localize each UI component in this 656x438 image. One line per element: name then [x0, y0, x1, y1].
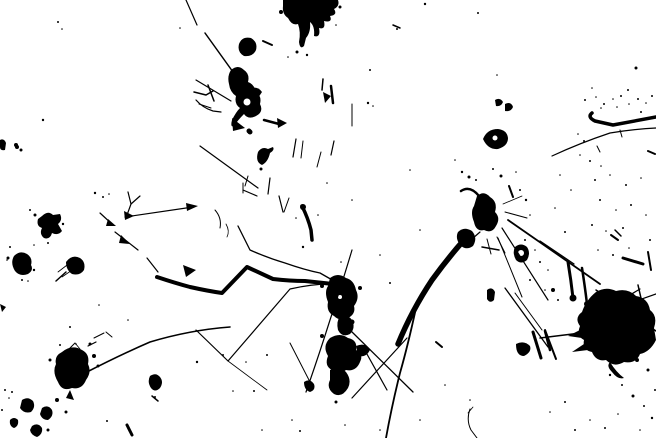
- ink-speck: [609, 374, 611, 376]
- ink-speck: [564, 401, 566, 403]
- ink-speck: [320, 284, 324, 288]
- ink-speck: [379, 254, 381, 256]
- ink-stroke: [301, 141, 303, 158]
- ink-stroke: [196, 100, 221, 112]
- ink-speck: [11, 391, 13, 393]
- ink-speck: [7, 257, 10, 260]
- ink-speck: [454, 159, 456, 161]
- ink-speck: [42, 119, 44, 121]
- ink-speck: [232, 390, 234, 392]
- ink-speck: [261, 429, 263, 431]
- ink-blob: [283, 0, 339, 47]
- ink-speck: [620, 95, 622, 97]
- ink-stroke: [131, 196, 140, 204]
- ink-stroke: [317, 152, 321, 167]
- ink-speck: [419, 419, 421, 421]
- ink-stroke: [85, 327, 230, 373]
- ink-blob: [30, 424, 42, 437]
- ink-speck: [222, 354, 224, 356]
- ink-speck: [529, 214, 531, 216]
- ink-speck: [551, 288, 555, 292]
- ink-speck: [75, 343, 77, 345]
- ink-speck: [94, 192, 96, 194]
- ink-speck: [4, 389, 6, 391]
- ink-speck: [630, 204, 632, 206]
- ink-speck: [645, 214, 647, 216]
- ink-stroke: [482, 247, 499, 250]
- ink-speck: [627, 89, 629, 91]
- ink-speck: [604, 427, 606, 429]
- ink-blob: [183, 265, 196, 277]
- ink-stroke: [200, 146, 258, 188]
- ink-stroke: [268, 178, 270, 194]
- ink-speck: [326, 182, 328, 184]
- ink-speck: [320, 334, 324, 338]
- ink-blob: [239, 38, 257, 57]
- ink-stroke: [505, 288, 548, 347]
- ink-speck: [179, 27, 181, 29]
- ink-stroke: [100, 213, 113, 225]
- ink-speck: [302, 246, 304, 248]
- ink-speck: [628, 247, 630, 249]
- ink-stroke: [552, 128, 656, 156]
- ink-speck: [351, 199, 353, 201]
- ink-speck: [389, 282, 391, 284]
- ink-speck: [335, 401, 338, 404]
- ink-speck: [547, 269, 549, 271]
- ink-speck: [92, 354, 96, 358]
- ink-stroke: [205, 33, 233, 72]
- ink-speck: [444, 384, 446, 386]
- ink-speck: [33, 244, 35, 246]
- ink-blob-hole: [244, 99, 251, 106]
- ink-speck: [97, 365, 100, 368]
- ink-speck: [609, 174, 611, 176]
- ink-speck: [554, 207, 556, 209]
- ink-speck: [584, 99, 586, 101]
- ink-speck: [649, 239, 651, 241]
- ink-blob: [337, 316, 353, 336]
- ink-stroke: [505, 212, 527, 218]
- ink-speck: [248, 130, 253, 135]
- ink-stroke: [106, 332, 112, 337]
- ink-stroke: [331, 86, 333, 103]
- ink-stroke: [56, 272, 66, 281]
- ink-speck: [622, 227, 624, 229]
- ink-speck: [549, 411, 551, 413]
- ink-stroke: [515, 293, 542, 330]
- ink-stroke: [436, 342, 442, 347]
- ink-speck: [639, 429, 641, 431]
- ink-speck: [635, 358, 639, 362]
- ink-speck: [529, 279, 531, 281]
- ink-speck: [469, 399, 471, 401]
- ink-speck: [424, 3, 426, 5]
- ink-stroke: [196, 284, 330, 361]
- ink-speck: [524, 239, 526, 241]
- ink-speck: [266, 354, 268, 356]
- ink-speck: [461, 171, 463, 173]
- ink-speck: [577, 133, 579, 135]
- ink-speck: [492, 168, 494, 170]
- ink-blob-hole: [338, 295, 342, 299]
- ink-splatter-image: [0, 0, 656, 438]
- ink-speck: [296, 51, 299, 54]
- ink-speck: [21, 279, 23, 281]
- ink-stroke: [238, 226, 334, 281]
- ink-speck: [643, 405, 645, 407]
- ink-stroke: [264, 120, 279, 124]
- ink-blob: [323, 92, 331, 103]
- ink-blob: [325, 335, 361, 373]
- ink-speck: [599, 199, 601, 201]
- ink-speck: [559, 174, 561, 176]
- ink-stroke: [468, 409, 477, 438]
- ink-speck: [291, 419, 293, 421]
- ink-speck: [89, 343, 92, 346]
- ink-speck: [628, 103, 630, 105]
- ink-stroke: [186, 0, 197, 25]
- ink-speck: [49, 359, 52, 362]
- ink-stroke: [615, 230, 621, 236]
- ink-speck: [340, 261, 342, 263]
- ink-stroke: [115, 232, 138, 250]
- ink-speck: [645, 102, 647, 104]
- ink-speck: [339, 6, 342, 9]
- ink-stroke: [226, 224, 228, 237]
- ink-stroke: [398, 240, 464, 344]
- ink-speck: [127, 319, 129, 321]
- ink-speck: [651, 95, 653, 97]
- ink-speck: [544, 289, 546, 291]
- ink-speck: [6, 259, 8, 261]
- ink-blob: [20, 398, 34, 412]
- ink-stroke: [461, 189, 479, 196]
- ink-speck: [2, 143, 5, 146]
- ink-speck: [600, 107, 602, 109]
- ink-speck: [253, 390, 255, 392]
- ink-stroke: [611, 235, 618, 240]
- ink-speck: [344, 424, 346, 426]
- ink-speck: [583, 140, 585, 142]
- ink-blob: [505, 103, 513, 111]
- ink-speck: [519, 189, 521, 191]
- ink-speck: [299, 430, 301, 432]
- ink-speck: [295, 217, 297, 219]
- ink-splatter-canvas: [0, 0, 656, 438]
- ink-speck: [279, 10, 283, 14]
- ink-speck: [600, 165, 602, 167]
- ink-speck: [570, 189, 572, 191]
- ink-speck: [8, 397, 10, 399]
- ink-speck: [102, 196, 104, 198]
- ink-speck: [372, 105, 374, 107]
- ink-speck: [597, 249, 599, 251]
- ink-speck: [396, 28, 398, 30]
- ink-speck: [579, 154, 581, 156]
- ink-speck: [20, 149, 23, 152]
- ink-speck: [367, 102, 369, 104]
- ink-blob-hole: [493, 136, 498, 141]
- ink-stroke: [393, 25, 400, 28]
- ink-speck: [33, 269, 35, 271]
- ink-speck: [539, 261, 541, 263]
- ink-speck: [57, 21, 59, 23]
- ink-blob: [66, 257, 85, 275]
- ink-blob: [149, 374, 162, 390]
- ink-speck: [589, 419, 591, 421]
- ink-speck: [605, 230, 607, 232]
- ink-speck: [317, 214, 319, 216]
- ink-speck: [287, 56, 289, 58]
- ink-speck: [196, 361, 198, 363]
- ink-speck: [477, 12, 479, 14]
- ink-speck: [55, 398, 59, 402]
- ink-speck: [260, 168, 263, 171]
- ink-speck: [616, 106, 618, 108]
- ink-speck: [615, 209, 617, 211]
- ink-speck: [350, 320, 355, 325]
- ink-speck: [612, 254, 614, 256]
- ink-speck: [632, 395, 635, 398]
- ink-speck: [98, 304, 100, 306]
- ink-speck: [591, 87, 593, 89]
- ink-speck: [647, 369, 650, 372]
- ink-speck: [14, 143, 18, 147]
- ink-blob: [10, 418, 18, 428]
- ink-speck: [557, 299, 559, 301]
- ink-speck: [62, 223, 64, 225]
- ink-speck: [65, 411, 68, 414]
- ink-speck: [475, 179, 477, 181]
- ink-speck: [106, 420, 108, 422]
- ink-speck: [534, 249, 536, 251]
- ink-speck: [651, 417, 653, 419]
- ink-blob: [38, 213, 63, 239]
- ink-speck: [515, 171, 517, 173]
- ink-speck: [419, 229, 421, 231]
- ink-blob: [329, 368, 350, 395]
- ink-stroke: [228, 361, 267, 390]
- ink-stroke: [127, 192, 131, 215]
- ink-speck: [564, 231, 566, 233]
- ink-stroke: [568, 262, 573, 298]
- ink-speck: [29, 209, 31, 211]
- ink-speck: [1, 409, 3, 411]
- ink-speck: [603, 103, 605, 105]
- ink-stroke: [94, 333, 104, 338]
- ink-stroke: [322, 79, 323, 90]
- ink-speck: [594, 179, 596, 181]
- ink-speck: [61, 28, 63, 30]
- ink-stroke: [597, 146, 600, 152]
- ink-speck: [59, 344, 61, 346]
- ink-stroke: [147, 258, 158, 272]
- ink-stroke: [487, 239, 491, 254]
- ink-blob: [0, 304, 6, 312]
- ink-speck: [47, 429, 50, 432]
- ink-speck: [574, 429, 576, 431]
- ink-stroke: [125, 207, 193, 217]
- ink-stroke: [623, 258, 643, 264]
- ink-stroke: [648, 252, 651, 270]
- ink-blob: [495, 99, 503, 106]
- ink-stroke: [127, 425, 132, 435]
- ink-speck: [612, 98, 614, 100]
- ink-speck: [245, 361, 247, 363]
- ink-stroke: [590, 113, 656, 125]
- ink-speck: [154, 396, 156, 398]
- ink-speck: [335, 24, 337, 26]
- ink-speck: [69, 326, 71, 328]
- ink-speck: [9, 246, 11, 248]
- ink-speck: [640, 111, 642, 113]
- ink-stroke: [540, 241, 574, 264]
- ink-speck: [570, 295, 577, 302]
- ink-stroke: [363, 347, 387, 390]
- ink-speck: [500, 175, 503, 178]
- ink-blob: [54, 347, 89, 389]
- ink-speck: [595, 96, 597, 98]
- ink-speck: [525, 199, 527, 201]
- ink-stroke: [386, 308, 416, 438]
- ink-speck: [584, 301, 590, 307]
- ink-stroke: [331, 141, 334, 155]
- ink-speck: [358, 286, 362, 290]
- ink-stroke: [290, 343, 310, 382]
- ink-stroke: [263, 41, 272, 45]
- ink-blob: [40, 406, 53, 420]
- ink-speck: [617, 413, 619, 415]
- ink-stroke: [215, 210, 220, 228]
- ink-speck: [589, 160, 591, 162]
- ink-blob: [257, 147, 273, 165]
- ink-blob: [66, 390, 74, 400]
- ink-speck: [300, 204, 306, 210]
- ink-stroke: [243, 190, 257, 196]
- ink-speck: [637, 98, 639, 100]
- ink-stroke: [468, 407, 473, 413]
- ink-speck: [369, 69, 371, 71]
- ink-speck: [621, 384, 623, 386]
- ink-speck: [306, 54, 308, 56]
- ink-stroke: [509, 186, 513, 197]
- ink-speck: [591, 224, 593, 226]
- ink-stroke: [293, 139, 296, 157]
- ink-speck: [468, 176, 471, 179]
- ink-speck: [625, 184, 627, 186]
- ink-speck: [379, 429, 381, 431]
- ink-blob: [516, 342, 530, 356]
- ink-stroke: [279, 196, 283, 212]
- ink-blob: [487, 288, 495, 301]
- ink-speck: [47, 242, 49, 244]
- ink-speck: [409, 169, 411, 171]
- ink-speck: [640, 177, 642, 179]
- ink-blob: [12, 252, 32, 275]
- ink-speck: [27, 280, 29, 282]
- ink-speck: [496, 74, 498, 76]
- ink-speck: [34, 214, 37, 217]
- ink-stroke: [648, 151, 655, 154]
- ink-speck: [108, 193, 110, 195]
- ink-blob: [577, 289, 656, 365]
- ink-stroke: [284, 198, 289, 212]
- ink-stroke: [302, 206, 312, 240]
- ink-speck: [635, 67, 638, 70]
- ink-stroke: [157, 267, 333, 293]
- ink-blob: [472, 193, 498, 231]
